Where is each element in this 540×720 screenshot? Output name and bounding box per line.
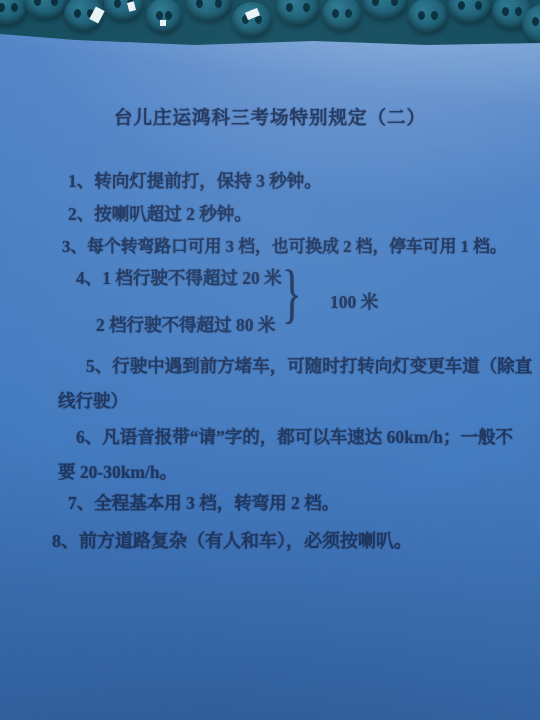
bead-icon — [322, 0, 362, 32]
rule-item-1: 1、转向灯提前打，保持 3 秒钟。 — [68, 168, 322, 193]
document-title: 台儿庄运鸿科三考场特别规定（二） — [0, 104, 540, 130]
rule-item-6: 6、凡语音报带“请”字的，都可以车速达 60km/h；一般不要 20-30km/… — [58, 420, 522, 490]
printed-text: 台儿庄运鸿科三考场特别规定（二） 1、转向灯提前打，保持 3 秒钟。 2、按喇叭… — [0, 0, 540, 720]
bead-icon — [276, 0, 320, 26]
photo-of-notice: 台儿庄运鸿科三考场特别规定（二） 1、转向灯提前打，保持 3 秒钟。 2、按喇叭… — [0, 0, 540, 720]
brace-glyph: } — [282, 261, 302, 327]
rule-item-7: 7、全程基本用 3 档，转弯用 2 档。 — [68, 490, 339, 515]
rule-item-4-line-2: 2 档行驶不得超过 80 米 — [96, 312, 275, 337]
bead-icon — [146, 0, 182, 34]
rule-item-8: 8、前方道路复杂（有人和车），必须按喇叭。 — [52, 527, 412, 553]
bead-icon — [232, 2, 272, 38]
rule-item-4-brace-label: 100 米 — [330, 289, 378, 314]
bead-icon — [24, 0, 68, 20]
speck-icon — [160, 20, 166, 26]
bead-icon — [408, 0, 448, 34]
bead-icon — [362, 0, 408, 20]
rule-item-5: 5、行驶中遇到前方堵车，可随时打转向灯变更车道（除直线行驶） — [58, 349, 539, 419]
rule-item-4-line-1: 4、1 档行驶不得超过 20 米 — [76, 265, 282, 290]
bead-icon — [448, 0, 492, 24]
bead-icon — [104, 0, 144, 22]
rule-item-2: 2、按喇叭超过 2 秒钟。 — [68, 201, 252, 226]
rule-item-3: 3、每个转弯路口可用 3 档，也可换成 2 档，停车可用 1 档。 — [62, 233, 507, 257]
bead-icon — [186, 0, 232, 22]
blue-paper-sheet: 台儿庄运鸿科三考场特别规定（二） 1、转向灯提前打，保持 3 秒钟。 2、按喇叭… — [0, 0, 540, 720]
